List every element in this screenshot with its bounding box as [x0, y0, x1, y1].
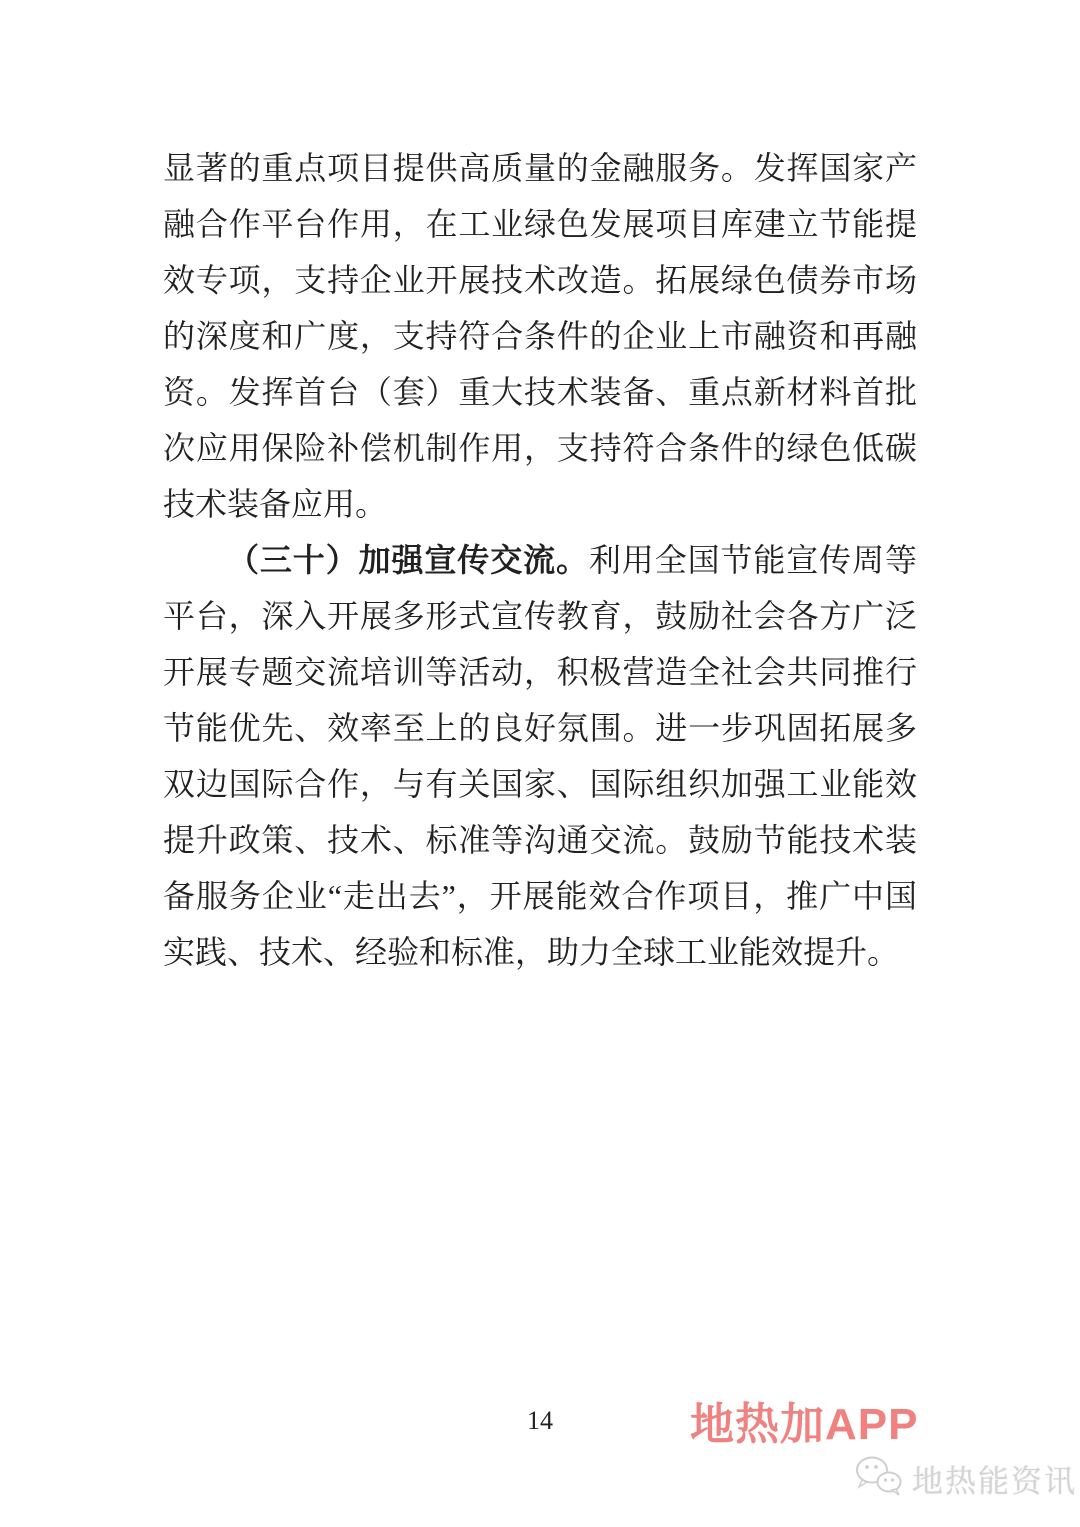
wechat-icon — [853, 1454, 905, 1503]
paragraph-heading-thirty: （三十）加强宣传交流。 — [227, 542, 589, 578]
paragraph-finance-support: 显著的重点项目提供高质量的金融服务。发挥国家产融合作平台作用，在工业绿色发展项目… — [163, 140, 917, 532]
document-page: 显著的重点项目提供高质量的金融服务。发挥国家产融合作平台作用，在工业绿色发展项目… — [0, 0, 1080, 1527]
paragraph-finance-support-text: 显著的重点项目提供高质量的金融服务。发挥国家产融合作平台作用，在工业绿色发展项目… — [163, 150, 917, 522]
wechat-watermark: 地热能资讯 — [853, 1454, 1077, 1503]
wechat-watermark-label: 地热能资讯 — [912, 1456, 1077, 1501]
app-watermark: 地热加APP — [690, 1400, 918, 1450]
document-body: 显著的重点项目提供高质量的金融服务。发挥国家产融合作平台作用，在工业绿色发展项目… — [163, 140, 917, 980]
paragraph-publicity-exchange: （三十）加强宣传交流。利用全国节能宣传周等平台，深入开展多形式宣传教育，鼓励社会… — [163, 532, 917, 980]
paragraph-publicity-exchange-text: 利用全国节能宣传周等平台，深入开展多形式宣传教育，鼓励社会各方广泛开展专题交流培… — [163, 542, 917, 970]
